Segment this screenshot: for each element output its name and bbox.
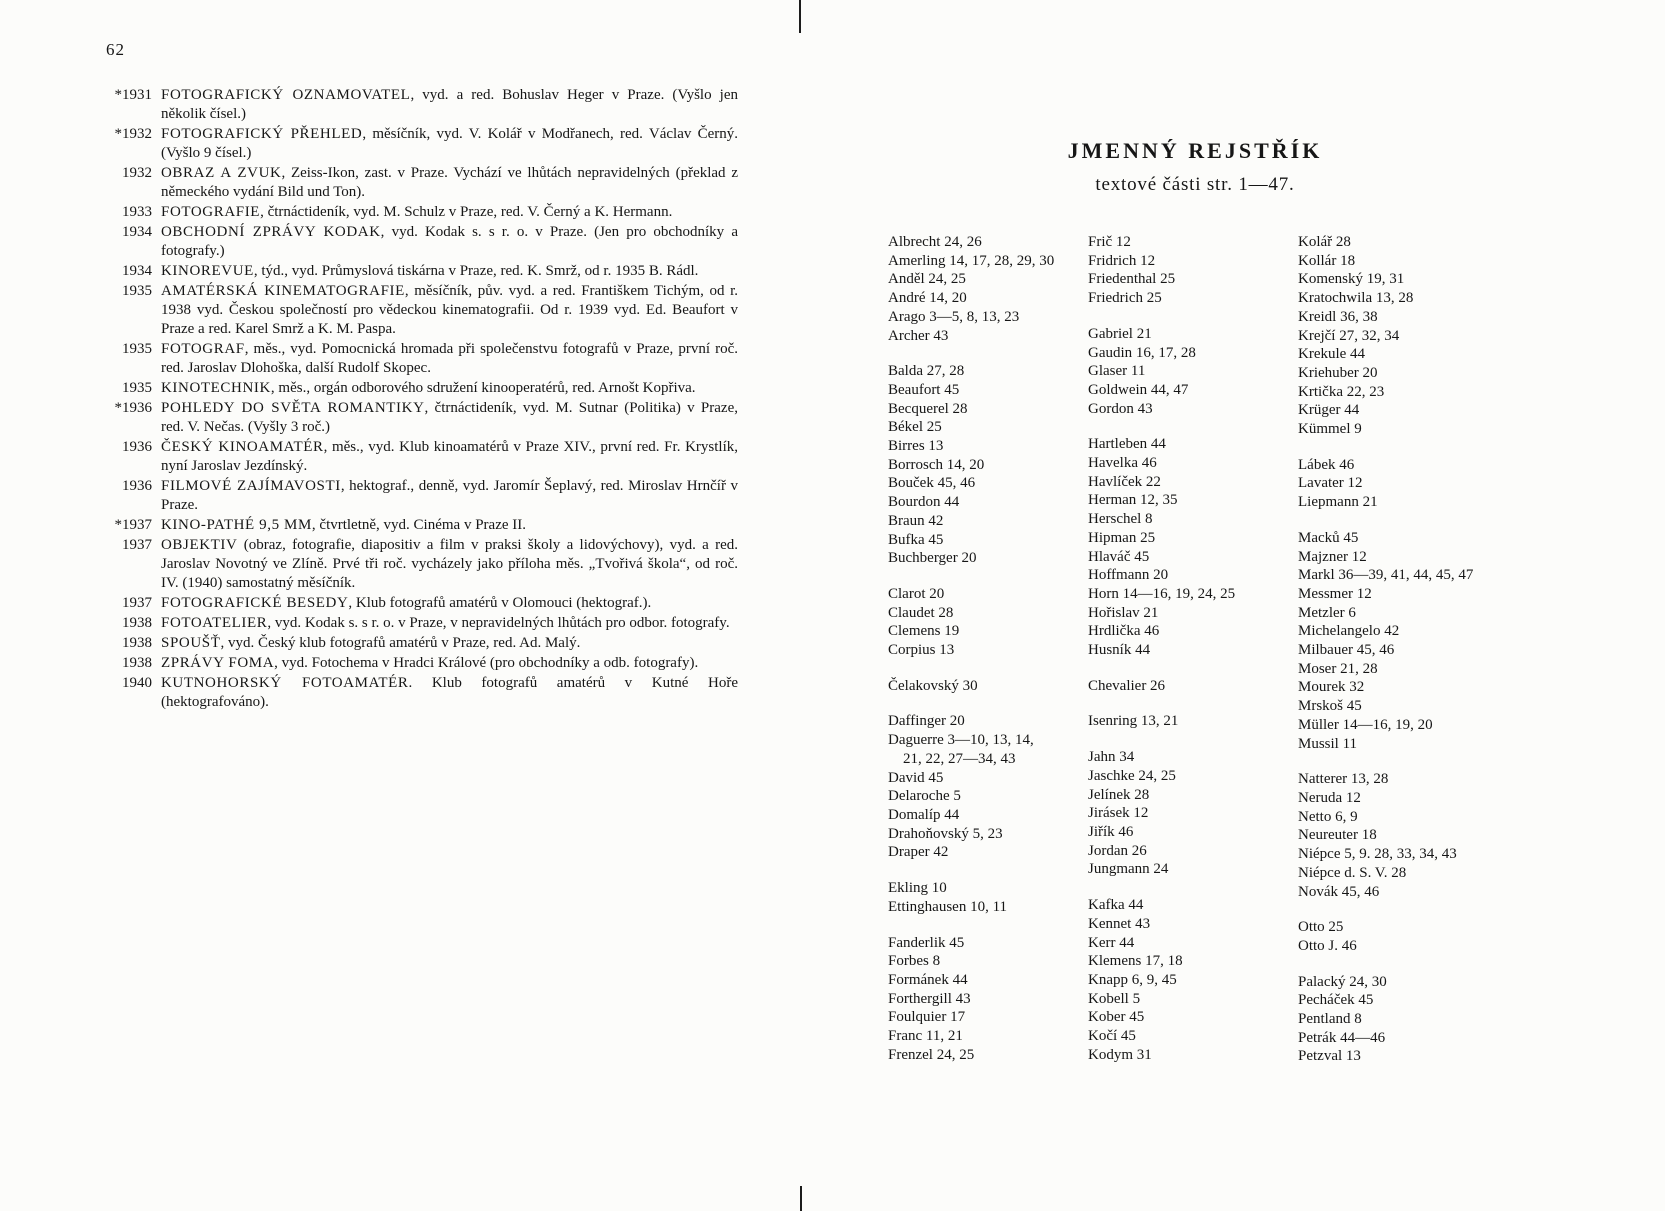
- entry-year: 1936: [104, 477, 152, 515]
- index-title: JMENNÝ REJSTŘÍK: [980, 138, 1410, 164]
- entry-description: , vyd. Český klub fotografů amatérů v Pr…: [220, 635, 580, 651]
- bibliography-entry: 1935 AMATÉRSKÁ KINEMATOGRAFIE, měsíčník,…: [104, 282, 738, 339]
- bibliography-entry: 1937 OBJEKTIV (obraz, fotografie, diapos…: [104, 536, 738, 593]
- index-group: Albrecht 24, 26 Amerling 14, 17, 28, 29,…: [888, 233, 1088, 345]
- index-group: Clarot 20 Claudet 28 Clemens 19 Corpius …: [888, 585, 1088, 660]
- entry-text: OBJEKTIV (obraz, fotografie, diapositiv …: [152, 536, 738, 593]
- page-number: 62: [106, 40, 125, 60]
- index-group: Kolář 28 Kollár 18 Komenský 19, 31 Krato…: [1298, 233, 1570, 439]
- scan-fold-mark-bottom: [800, 1186, 802, 1211]
- entry-description: , měs., orgán odborového sdružení kinoop…: [271, 380, 696, 396]
- entry-text: KUTNOHORSKÝ FOTOAMATÉR. Klub fotografů a…: [152, 674, 738, 712]
- entry-text: FOTOGRAFICKÝ OZNAMOVATEL, vyd. a red. Bo…: [152, 86, 738, 124]
- entry-title: FOTOGRAF: [161, 341, 245, 357]
- entry-title: FOTOGRAFICKÝ PŘEHLED: [161, 126, 362, 142]
- entry-text: FOTOGRAFICKÉ BESEDY, Klub fotografů amat…: [152, 594, 738, 613]
- book-spread: 62 *1931 FOTOGRAFICKÝ OZNAMOVATEL, vyd. …: [0, 0, 1665, 1211]
- bibliography-entry: 1932 OBRAZ A ZVUK, Zeiss-Ikon, zast. v P…: [104, 164, 738, 202]
- index-column-2: Frič 12 Fridrich 12 Friedenthal 25 Fried…: [1088, 233, 1298, 1081]
- entry-year: 1935: [104, 379, 152, 398]
- bibliography-entry: *1937 KINO-PATHÉ 9,5 MM, čtvrtletně, vyd…: [104, 516, 738, 535]
- index-group: Kafka 44 Kennet 43 Kerr 44 Klemens 17, 1…: [1088, 896, 1298, 1064]
- bibliography-entry: 1933 FOTOGRAFIE, čtrnáctideník, vyd. M. …: [104, 203, 738, 222]
- entry-year: *1931: [104, 86, 152, 124]
- index-group: Daffinger 20 Daguerre 3—10, 13, 14, 21, …: [888, 712, 1088, 862]
- entry-year: 1938: [104, 614, 152, 633]
- index-group: Čelakovský 30: [888, 677, 1088, 696]
- index-group: Isenring 13, 21: [1088, 712, 1298, 731]
- index-group: Otto 25 Otto J. 46: [1298, 918, 1570, 955]
- index-group: Jahn 34 Jaschke 24, 25 Jelínek 28 Jiráse…: [1088, 748, 1298, 879]
- entry-text: ZPRÁVY FOMA, vyd. Fotochema v Hradci Krá…: [152, 654, 738, 673]
- entry-title: ZPRÁVY FOMA: [161, 655, 274, 671]
- bibliography-entry: 1938 ZPRÁVY FOMA, vyd. Fotochema v Hradc…: [104, 654, 738, 673]
- bibliography-entry: 1934 KINOREVUE, týd., vyd. Průmyslová ti…: [104, 262, 738, 281]
- entry-description: , vyd. Fotochema v Hradci Králové (pro o…: [274, 655, 698, 671]
- entry-title: FOTOGRAFIE: [161, 204, 260, 220]
- bibliography-entry: 1935 FOTOGRAF, měs., vyd. Pomocnická hro…: [104, 340, 738, 378]
- bibliography-list: *1931 FOTOGRAFICKÝ OZNAMOVATEL, vyd. a r…: [104, 86, 738, 713]
- index-group: Hartleben 44 Havelka 46 Havlíček 22 Herm…: [1088, 435, 1298, 659]
- index-header: JMENNÝ REJSTŘÍK textové části str. 1—47.: [980, 138, 1410, 196]
- index-group: Palacký 24, 30 Pecháček 45 Pentland 8 Pe…: [1298, 973, 1570, 1067]
- entry-title: AMATÉRSKÁ KINEMATOGRAFIE: [161, 283, 405, 299]
- index-group: Chevalier 26: [1088, 677, 1298, 696]
- entry-text: FOTOATELIER, vyd. Kodak s. s r. o. v Pra…: [152, 614, 738, 633]
- entry-text: ČESKÝ KINOAMATÉR, měs., vyd. Klub kinoam…: [152, 438, 738, 476]
- scan-fold-mark-top: [799, 0, 801, 33]
- entry-title: OBCHODNÍ ZPRÁVY KODAK: [161, 224, 381, 240]
- entry-title: OBJEKTIV: [161, 537, 237, 553]
- bibliography-entry: *1932 FOTOGRAFICKÝ PŘEHLED, měsíčník, vy…: [104, 125, 738, 163]
- entry-description: , čtrnáctideník, vyd. M. Schulz v Praze,…: [260, 204, 672, 220]
- entry-title: ČESKÝ KINOAMATÉR: [161, 439, 324, 455]
- entry-text: KINOTECHNIK, měs., orgán odborového sdru…: [152, 379, 738, 398]
- entry-description: , vyd. Kodak s. s r. o. v Praze, v nepra…: [267, 615, 729, 631]
- entry-year: *1936: [104, 399, 152, 437]
- entry-year: 1932: [104, 164, 152, 202]
- entry-year: 1933: [104, 203, 152, 222]
- index-column-3: Kolář 28 Kollár 18 Komenský 19, 31 Krato…: [1298, 233, 1570, 1083]
- index-group: Balda 27, 28 Beaufort 45 Becquerel 28 Bé…: [888, 362, 1088, 568]
- entry-text: POHLEDY DO SVĚTA ROMANTIKY, čtrnáctidení…: [152, 399, 738, 437]
- entry-text: SPOUŠŤ, vyd. Český klub fotografů amatér…: [152, 634, 738, 653]
- entry-text: FOTOGRAF, měs., vyd. Pomocnická hromada …: [152, 340, 738, 378]
- index-subtitle: textové části str. 1—47.: [980, 174, 1410, 196]
- entry-title: KINO-PATHÉ 9,5 MM: [161, 517, 312, 533]
- bibliography-entry: 1936 ČESKÝ KINOAMATÉR, měs., vyd. Klub k…: [104, 438, 738, 476]
- entry-title: FOTOATELIER: [161, 615, 267, 631]
- entry-year: *1937: [104, 516, 152, 535]
- bibliography-entry: 1938 FOTOATELIER, vyd. Kodak s. s r. o. …: [104, 614, 738, 633]
- entry-year: 1934: [104, 223, 152, 261]
- entry-year: 1935: [104, 340, 152, 378]
- entry-year: 1934: [104, 262, 152, 281]
- entry-year: 1937: [104, 594, 152, 613]
- index-group: Gabriel 21 Gaudin 16, 17, 28 Glaser 11 G…: [1088, 325, 1298, 419]
- entry-year: 1938: [104, 634, 152, 653]
- index-group: Fanderlik 45 Forbes 8 Formánek 44 Forthe…: [888, 934, 1088, 1065]
- entry-year: 1937: [104, 536, 152, 593]
- entry-title: KINOTECHNIK: [161, 380, 271, 396]
- entry-title: FILMOVÉ ZAJÍMAVOSTI: [161, 478, 341, 494]
- index-group: Lábek 46 Lavater 12 Liepmann 21: [1298, 456, 1570, 512]
- index-group: Macků 45 Majzner 12 Markl 36—39, 41, 44,…: [1298, 529, 1570, 753]
- index-group: Frič 12 Fridrich 12 Friedenthal 25 Fried…: [1088, 233, 1298, 308]
- bibliography-entry: 1937 FOTOGRAFICKÉ BESEDY, Klub fotografů…: [104, 594, 738, 613]
- entry-description: , měs., vyd. Pomocnická hromada při spol…: [161, 341, 738, 376]
- entry-title: KUTNOHORSKÝ FOTOAMATÉR: [161, 675, 409, 691]
- entry-description: , čtvrtletně, vyd. Cinéma v Praze II.: [312, 517, 526, 533]
- bibliography-entry: 1936 FILMOVÉ ZAJÍMAVOSTI, hektograf., de…: [104, 477, 738, 515]
- entry-title: POHLEDY DO SVĚTA ROMANTIKY: [161, 400, 425, 416]
- index-column-1: Albrecht 24, 26 Amerling 14, 17, 28, 29,…: [888, 233, 1088, 1081]
- entry-description: , týd., vyd. Průmyslová tiskárna v Praze…: [254, 263, 699, 279]
- bibliography-entry: 1940 KUTNOHORSKÝ FOTOAMATÉR. Klub fotogr…: [104, 674, 738, 712]
- entry-text: OBRAZ A ZVUK, Zeiss-Ikon, zast. v Praze.…: [152, 164, 738, 202]
- entry-title: FOTOGRAFICKÉ BESEDY: [161, 595, 348, 611]
- entry-text: OBCHODNÍ ZPRÁVY KODAK, vyd. Kodak s. s r…: [152, 223, 738, 261]
- entry-description: , Klub fotografů amatérů v Olomouci (hek…: [348, 595, 651, 611]
- index-group: Ekling 10 Ettinghausen 10, 11: [888, 879, 1088, 916]
- entry-description: (obraz, fotografie, diapositiv a film v …: [161, 537, 738, 591]
- entry-year: 1936: [104, 438, 152, 476]
- entry-text: KINOREVUE, týd., vyd. Průmyslová tiskárn…: [152, 262, 738, 281]
- entry-year: 1940: [104, 674, 152, 712]
- entry-title: KINOREVUE: [161, 263, 254, 279]
- entry-title: FOTOGRAFICKÝ OZNAMOVATEL: [161, 87, 410, 103]
- bibliography-entry: *1936 POHLEDY DO SVĚTA ROMANTIKY, čtrnác…: [104, 399, 738, 437]
- bibliography-entry: 1938 SPOUŠŤ, vyd. Český klub fotografů a…: [104, 634, 738, 653]
- entry-text: FILMOVÉ ZAJÍMAVOSTI, hektograf., denně, …: [152, 477, 738, 515]
- bibliography-entry: 1934 OBCHODNÍ ZPRÁVY KODAK, vyd. Kodak s…: [104, 223, 738, 261]
- entry-year: *1932: [104, 125, 152, 163]
- entry-text: FOTOGRAFIE, čtrnáctideník, vyd. M. Schul…: [152, 203, 738, 222]
- entry-text: KINO-PATHÉ 9,5 MM, čtvrtletně, vyd. Ciné…: [152, 516, 738, 535]
- entry-title: SPOUŠŤ: [161, 635, 220, 651]
- entry-title: OBRAZ A ZVUK: [161, 165, 281, 181]
- entry-text: FOTOGRAFICKÝ PŘEHLED, měsíčník, vyd. V. …: [152, 125, 738, 163]
- index-group: Natterer 13, 28 Neruda 12 Netto 6, 9 Neu…: [1298, 770, 1570, 901]
- bibliography-entry: *1931 FOTOGRAFICKÝ OZNAMOVATEL, vyd. a r…: [104, 86, 738, 124]
- entry-text: AMATÉRSKÁ KINEMATOGRAFIE, měsíčník, pův.…: [152, 282, 738, 339]
- entry-year: 1935: [104, 282, 152, 339]
- bibliography-entry: 1935 KINOTECHNIK, měs., orgán odborového…: [104, 379, 738, 398]
- entry-year: 1938: [104, 654, 152, 673]
